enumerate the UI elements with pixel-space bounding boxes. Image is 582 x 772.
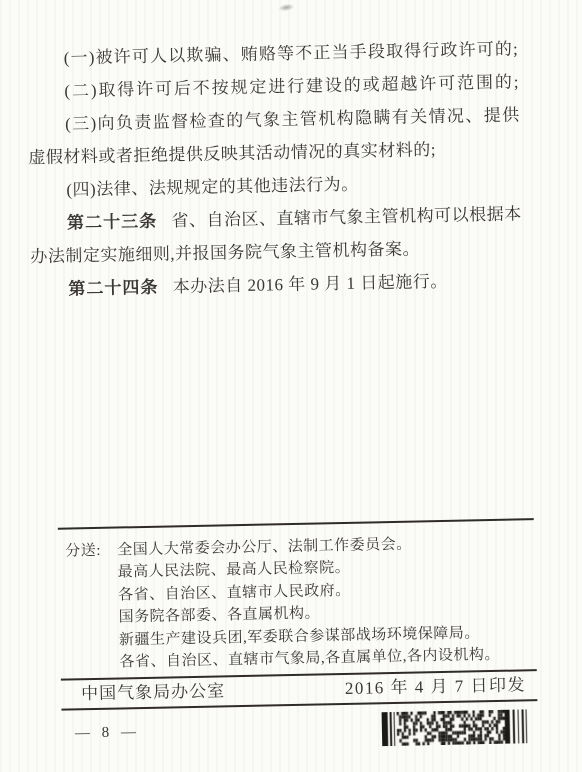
distribution-list: 全国人大常委会办公厅、法制工作委员会。 最高人民法院、最高人民检察院。 各省、自… bbox=[117, 531, 528, 674]
distribution-section: 分送: 全国人大常委会办公厅、法制工作委员会。 最高人民法院、最高人民检察院。 … bbox=[65, 531, 528, 675]
print-date-label: 2016 年 4 月 7 日印发 bbox=[345, 671, 527, 703]
distribution-top-rule bbox=[58, 518, 534, 530]
page-number: — 8 — bbox=[75, 724, 140, 742]
distribution-label: 分送: bbox=[65, 540, 101, 563]
regulation-body: (一)被许可人以欺骗、贿赂等不正当手段取得行政许可的; (二)取得许可后不按规定… bbox=[26, 32, 523, 306]
scanned-content: (一)被许可人以欺骗、贿赂等不正当手段取得行政许可的; (二)取得许可后不按规定… bbox=[0, 0, 582, 772]
scan-artifact bbox=[278, 3, 295, 12]
article-23-number: 第二十三条 bbox=[67, 212, 157, 233]
issuer-office-label: 中国气象局办公室 bbox=[81, 677, 226, 708]
article-23-text: 省、自治区、直辖市气象主管机构可以根据本 bbox=[171, 204, 521, 230]
barcode-image bbox=[382, 709, 529, 746]
article-24-text: 本办法自 2016 年 9 月 1 日起施行。 bbox=[173, 272, 448, 297]
document-page: (一)被许可人以欺骗、贿赂等不正当手段取得行政许可的; (二)取得许可后不按规定… bbox=[0, 0, 582, 772]
article-24-number: 第二十四条 bbox=[68, 278, 158, 299]
